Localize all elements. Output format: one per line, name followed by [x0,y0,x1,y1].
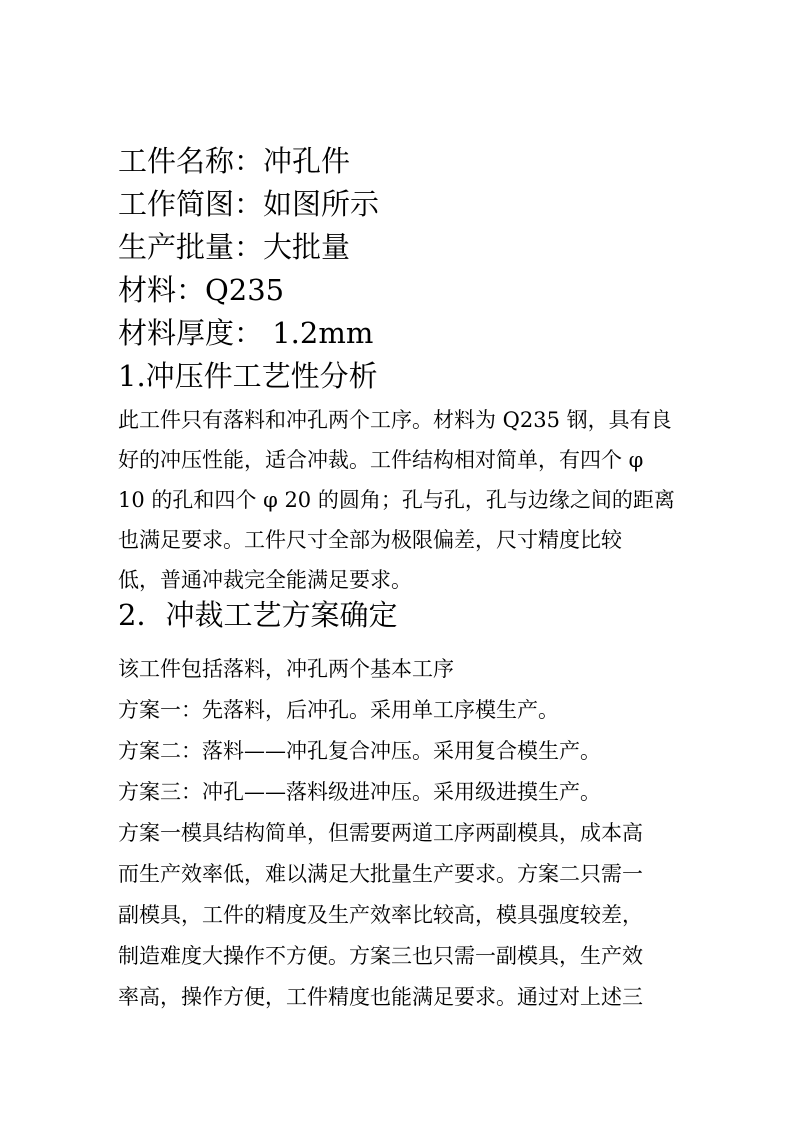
comparison-line-3: 副模具，工件的精度及生产效率比较高，模具强度较差， [118,895,694,936]
scheme-two-line: 方案二：落料——冲孔复合冲压。采用复合模生产。 [118,731,694,772]
section1-heading: 1.冲压件工艺性分析 [118,355,694,398]
scheme-one-line: 方案一：先落料，后冲孔。采用单工序模生产。 [118,690,694,731]
comparison-line-2: 而生产效率低，难以满足大批量生产要求。方案二只需一 [118,854,694,895]
section1-line: 也满足要求。工件尺寸全部为极限偏差，尺寸精度比较 [118,520,694,560]
section1-line: 好的冲压性能，适合冲裁。工件结构相对简单，有四个 φ [118,440,694,480]
comparison-line-5: 率高，操作方便，工件精度也能满足要求。通过对上述三 [118,977,694,1018]
info-line-workpiece-name: 工件名称：冲孔件 [118,140,694,183]
comparison-line-4: 制造难度大操作不方便。方案三也只需一副模具，生产效 [118,936,694,977]
info-line-thickness: 材料厚度： 1.2mm [118,312,694,355]
scheme-three-line: 方案三：冲孔——落料级进冲压。采用级进摸生产。 [118,772,694,813]
section1-line: 10 的孔和四个 φ 20 的圆角；孔与孔，孔与边缘之间的距离 [118,480,694,520]
section2-intro-line: 该工件包括落料，冲孔两个基本工序 [118,649,694,690]
info-line-batch: 生产批量：大批量 [118,226,694,269]
comparison-line-1: 方案一模具结构简单，但需要两道工序两副模具，成本高 [118,813,694,854]
section2-heading: 2．冲裁工艺方案确定 [118,594,694,637]
section2-paragraph: 该工件包括落料，冲孔两个基本工序 方案一：先落料，后冲孔。采用单工序模生产。 方… [118,649,694,1018]
info-line-sketch: 工作简图：如图所示 [118,183,694,226]
info-line-material: 材料：Q235 [118,269,694,312]
document-page: 工件名称：冲孔件 工作简图：如图所示 生产批量：大批量 材料：Q235 材料厚度… [0,0,794,1123]
section1-line: 此工件只有落料和冲孔两个工序。材料为 Q235 钢，具有良 [118,400,694,440]
section1-paragraph: 此工件只有落料和冲孔两个工序。材料为 Q235 钢，具有良 好的冲压性能，适合冲… [118,400,694,600]
